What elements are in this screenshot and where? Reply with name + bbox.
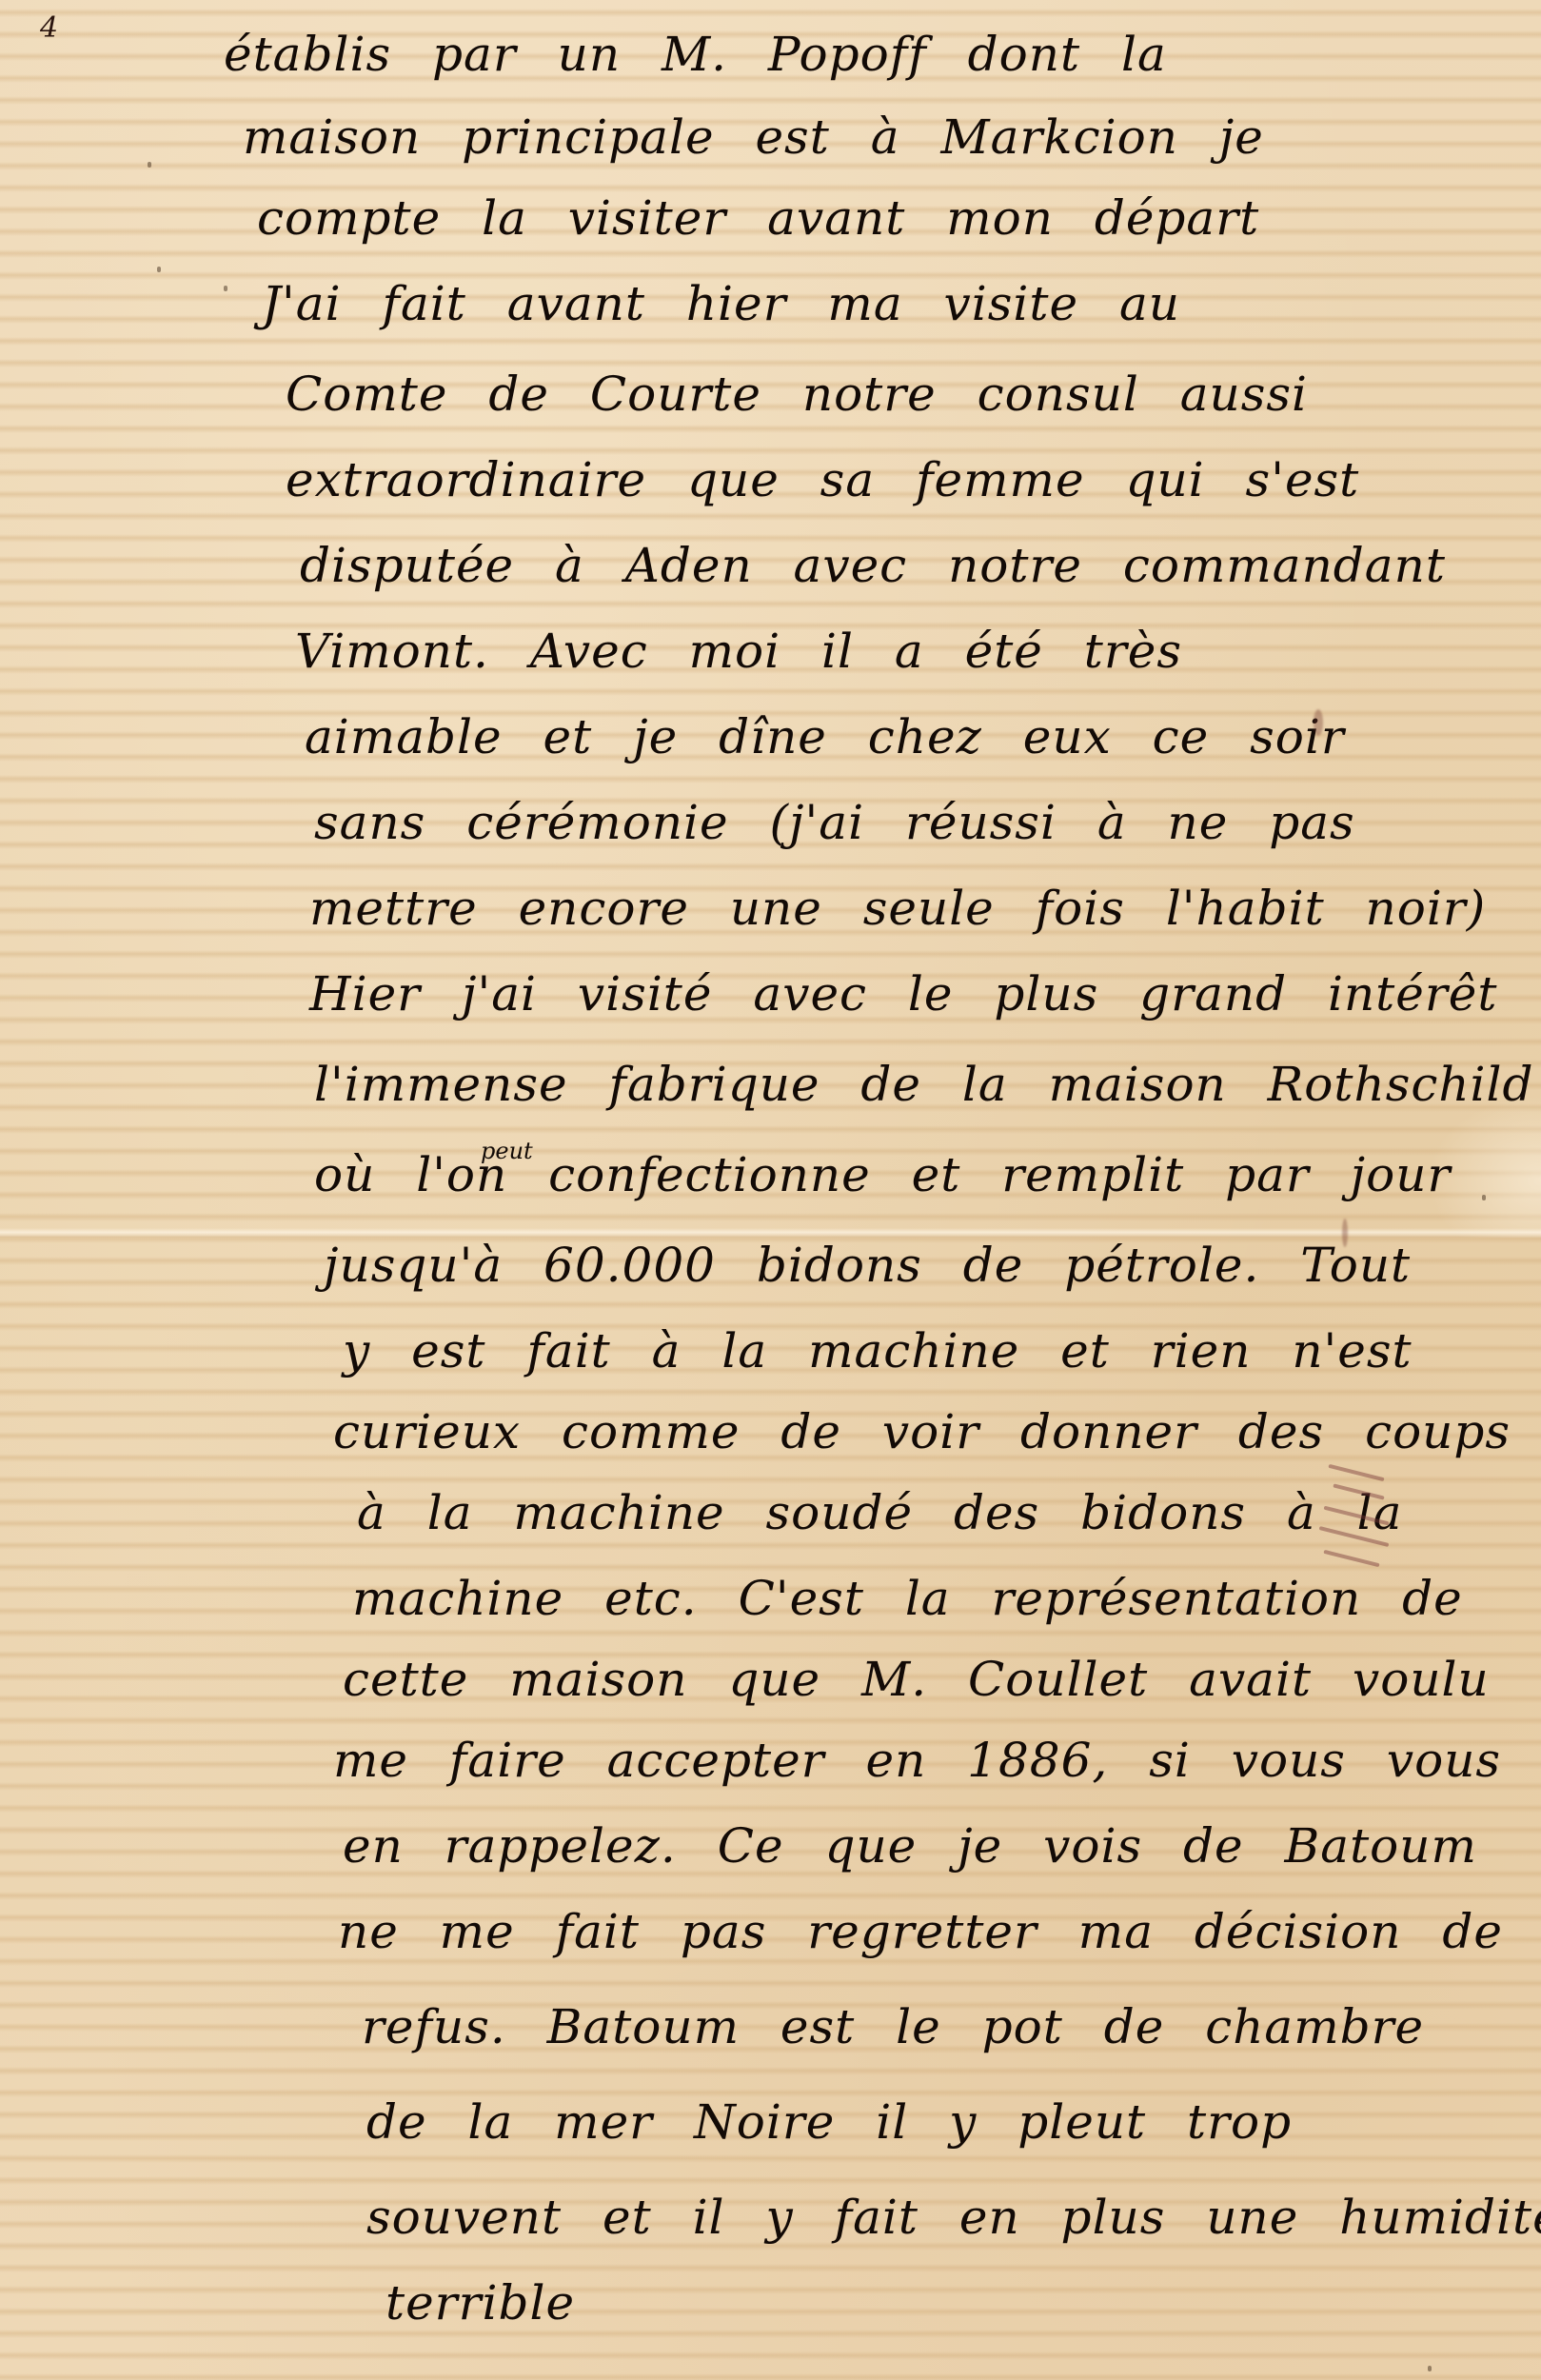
handwritten-line-27: terrible	[385, 2275, 575, 2330]
handwritten-line-14: où l'on confectionne et remplit par jour	[314, 1147, 1451, 1202]
handwritten-line-5: Comte de Courte notre consul aussi	[286, 367, 1308, 422]
paper-speck	[1482, 1195, 1486, 1200]
handwritten-line-9: aimable et je dîne chez eux ce soir	[305, 709, 1345, 764]
handwritten-line-22: en rappelez. Ce que je vois de Batoum	[343, 1818, 1477, 1874]
handwritten-line-7: disputée à Aden avec notre commandant	[300, 538, 1446, 593]
handwritten-line-21: me faire accepter en 1886, si vous vous	[333, 1733, 1501, 1788]
handwritten-line-16: y est fait à la machine et rien n'est	[343, 1323, 1413, 1378]
ink-blot	[1342, 1219, 1348, 1247]
handwritten-line-10: sans cérémonie (j'ai réussi à ne pas	[314, 795, 1355, 850]
ink-smudge	[1328, 1464, 1384, 1481]
handwritten-line-3: compte la visiter avant mon départ	[257, 190, 1259, 246]
handwritten-line-23: ne me fait pas regretter ma décision de	[338, 1904, 1503, 1959]
paper-speck	[224, 286, 227, 291]
handwritten-line-19: machine etc. C'est la représentation de	[352, 1571, 1463, 1626]
handwritten-line-26: souvent et il y fait en plus une humidit…	[366, 2190, 1541, 2245]
handwritten-line-20: cette maison que M. Coullet avait voulu	[343, 1652, 1490, 1707]
paper-speck	[148, 162, 151, 168]
handwritten-line-12: Hier j'ai visité avec le plus grand inté…	[309, 966, 1497, 1021]
handwritten-line-4: J'ai fait avant hier ma visite au	[262, 276, 1180, 331]
handwritten-line-13: l'immense fabrique de la maison Rothschi…	[314, 1057, 1534, 1112]
handwritten-line-24: refus. Batoum est le pot de chambre	[362, 1999, 1424, 2054]
ink-smudge	[1323, 1550, 1379, 1567]
handwritten-line-15: jusqu'à 60.000 bidons de pétrole. Tout	[324, 1238, 1411, 1293]
paper-fold-crease	[0, 1228, 1541, 1238]
handwritten-line-17: curieux comme de voir donner des coups	[333, 1404, 1511, 1459]
paper-speck	[157, 267, 161, 272]
handwritten-line-25: de la mer Noire il y pleut trop	[366, 2094, 1292, 2150]
handwritten-line-1: établis par un M. Popoff dont la	[224, 27, 1167, 82]
letter-page: 4 établis par un M. Popoff dont la maiso…	[0, 0, 1541, 2380]
handwritten-line-2: maison principale est à Markcion je	[243, 109, 1264, 165]
handwritten-line-18: à la machine soudé des bidons à la	[357, 1485, 1402, 1540]
page-number: 4	[40, 11, 58, 45]
paper-speck	[1428, 2366, 1432, 2371]
handwritten-line-11: mettre encore une seule fois l'habit noi…	[309, 881, 1486, 936]
ink-blot	[1314, 709, 1323, 736]
handwritten-line-8: Vimont. Avec moi il a été très	[295, 624, 1182, 679]
handwritten-line-6: extraordinaire que sa femme qui s'est	[286, 452, 1359, 507]
